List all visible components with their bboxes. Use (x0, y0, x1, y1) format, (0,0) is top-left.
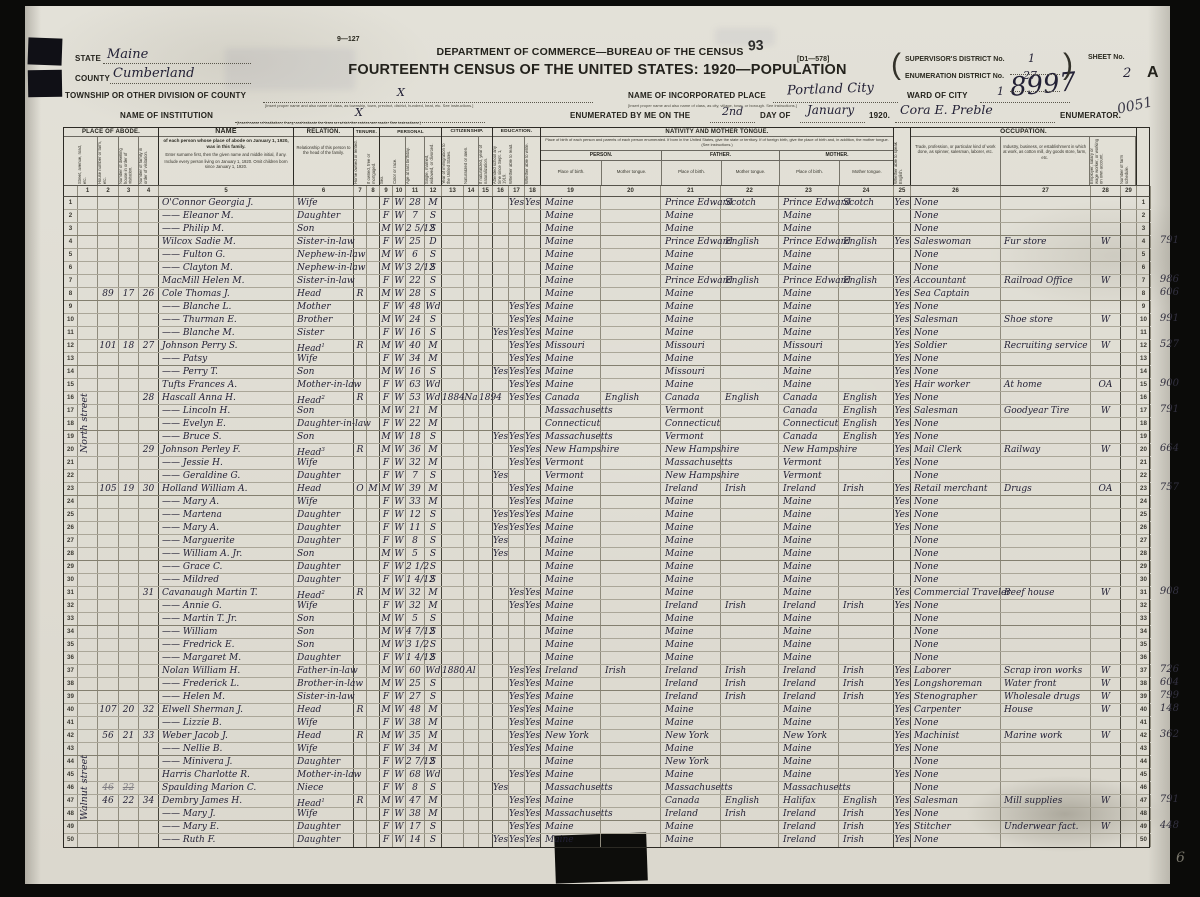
cell-c15 (479, 808, 493, 820)
cell-age: 32 (406, 587, 425, 599)
cell-o27: Wholesale drugs (1001, 691, 1091, 703)
cell-street (78, 639, 98, 651)
cell-t8 (367, 808, 380, 820)
cell-t8 (367, 444, 380, 456)
cell-c13 (442, 431, 464, 443)
cell-o26: None (911, 418, 1001, 430)
table-row: 5—— Fulton G.Nephew-in-lawMW6SMaineMaine… (64, 249, 1149, 262)
cell-rel: Daughter (294, 821, 354, 833)
cell-e17: Yes (509, 327, 525, 339)
cell-e17: Yes (509, 821, 525, 833)
cell-house (98, 457, 119, 469)
cell-age: 53 (406, 392, 425, 404)
cell-o26: Carpenter (911, 704, 1001, 716)
cell-o27 (1001, 613, 1091, 625)
table-row: 28—— William A. Jr.SonMW5SYesMaineMaineM… (64, 548, 1149, 561)
cell-ms: S (425, 821, 442, 833)
cell-p21: Ireland (661, 665, 721, 677)
cell-dw (119, 470, 139, 482)
cell-ms: M (425, 743, 442, 755)
cell-f29 (1121, 587, 1137, 599)
cell-dw (119, 600, 139, 612)
cell-age: 3 1/2 (406, 639, 425, 651)
cell-c13 (442, 249, 464, 261)
cell-ms: M (425, 704, 442, 716)
cell-dw (119, 665, 139, 677)
margin-number: 791 (1160, 235, 1179, 246)
cell-p20 (601, 366, 661, 378)
cell-o27 (1001, 782, 1091, 794)
cell-street (78, 483, 98, 495)
cell-cr: W (393, 483, 406, 495)
cell-o28 (1091, 522, 1121, 534)
cell-street (78, 678, 98, 690)
cell-o26: None (911, 561, 1001, 573)
cell-p21: Missouri (661, 366, 721, 378)
table-row: 6—— Clayton M.Nephew-in-lawMW3 2/12SMain… (64, 262, 1149, 275)
cell-name: —— Geraldine G. (159, 470, 294, 482)
cell-o28 (1091, 210, 1121, 222)
cell-p23: Maine (779, 379, 839, 391)
cell-p24: English (839, 795, 894, 807)
table-row: 121011827Johnson Perry S.Head1RMW40MYesY… (64, 340, 1149, 353)
table-row: 49—— Mary E.DaughterFW17SYesYesMaineMain… (64, 821, 1149, 834)
cell-p23: Maine (779, 301, 839, 313)
cell-cr: W (393, 418, 406, 430)
group-title: NAME (159, 128, 293, 137)
cell-o27 (1001, 522, 1091, 534)
cell-t8 (367, 652, 380, 664)
cell-age: 68 (406, 769, 425, 781)
cell-c13 (442, 626, 464, 638)
cell-e17: Yes (509, 340, 525, 352)
cell-age: 25 (406, 678, 425, 690)
cell-t8 (367, 535, 380, 547)
cell-dw (119, 249, 139, 261)
cell-o28: W (1091, 678, 1121, 690)
cell-dw (119, 236, 139, 248)
cell-c13 (442, 717, 464, 729)
cell-rel: Head2 (294, 587, 354, 599)
cell-o26: None (911, 353, 1001, 365)
cell-p19: Maine (541, 262, 601, 274)
cell-sx: M (380, 483, 393, 495)
cell-p23: Canada (779, 431, 839, 443)
cell-p24: English (839, 418, 894, 430)
cell-t7 (354, 366, 367, 378)
cell-nr: 26 (1137, 522, 1151, 534)
cell-p19: Maine (541, 600, 601, 612)
cell-p19: Maine (541, 652, 601, 664)
cell-e25: Yes (894, 743, 911, 755)
cell-nr: 38 (1137, 678, 1151, 690)
cell-o26: None (911, 808, 1001, 820)
cell-sx: F (380, 782, 393, 794)
enumerator-rule (895, 112, 1055, 123)
cell-n: 48 (64, 808, 78, 820)
cell-c13 (442, 496, 464, 508)
cell-t7 (354, 717, 367, 729)
cell-p24 (839, 366, 894, 378)
ward-label: WARD OF CITY (907, 91, 968, 100)
cell-rel: Niece (294, 782, 354, 794)
cell-age: 21 (406, 405, 425, 417)
cell-p21: Maine (661, 743, 721, 755)
cell-c13 (442, 223, 464, 235)
cell-o26: Commercial Traveler (911, 587, 1001, 599)
cell-f29 (1121, 236, 1137, 248)
cell-p19: Massachusetts (541, 808, 601, 820)
cell-p23: Maine (779, 249, 839, 261)
cell-nr: 19 (1137, 431, 1151, 443)
cell-age: 28 (406, 197, 425, 209)
cell-t7 (354, 756, 367, 768)
cell-ms: M (425, 457, 442, 469)
cell-f29 (1121, 483, 1137, 495)
cell-name: —— Grace C. (159, 561, 294, 573)
cell-f29 (1121, 548, 1137, 560)
cell-o28 (1091, 834, 1121, 847)
cell-street (78, 535, 98, 547)
cell-o26: None (911, 756, 1001, 768)
cell-cr: W (393, 600, 406, 612)
cell-name: —— William A. Jr. (159, 548, 294, 560)
cell-nr: 9 (1137, 301, 1151, 313)
cell-f29 (1121, 535, 1137, 547)
cell-p24 (839, 249, 894, 261)
cell-nr: 7 (1137, 275, 1151, 287)
year-label: 1920. (869, 111, 890, 120)
cell-sx: F (380, 600, 393, 612)
cell-p22 (721, 704, 779, 716)
cell-o27 (1001, 366, 1091, 378)
cell-house (98, 717, 119, 729)
cell-t8 (367, 561, 380, 573)
cell-p23: Maine (779, 626, 839, 638)
cell-nr: 8 (1137, 288, 1151, 300)
cell-t8 (367, 613, 380, 625)
cell-n: 23 (64, 483, 78, 495)
father-title: FATHER. (661, 151, 779, 160)
cell-rel: Head (294, 483, 354, 495)
cell-t8 (367, 691, 380, 703)
cell-e25: Yes (894, 600, 911, 612)
cell-c14 (464, 730, 479, 742)
cell-cr: W (393, 236, 406, 248)
cell-p22 (721, 353, 779, 365)
cell-nr: 13 (1137, 353, 1151, 365)
cell-c14 (464, 249, 479, 261)
cell-fam (139, 236, 159, 248)
cell-dw (119, 210, 139, 222)
cell-c15 (479, 327, 493, 339)
cell-c15 (479, 249, 493, 261)
cell-f29 (1121, 834, 1137, 847)
cell-p23: Canada (779, 392, 839, 404)
cell-p22 (721, 613, 779, 625)
cell-nr: 22 (1137, 470, 1151, 482)
cell-fam (139, 301, 159, 313)
cell-p23: Ireland (779, 834, 839, 847)
cell-e25: Yes (894, 587, 911, 599)
cell-dw (119, 613, 139, 625)
cell-ms: M (425, 353, 442, 365)
cell-name: —— Jessie H. (159, 457, 294, 469)
cell-c14 (464, 691, 479, 703)
cell-p24 (839, 613, 894, 625)
cell-c15 (479, 743, 493, 755)
cell-p20 (601, 652, 661, 664)
cell-n: 27 (64, 535, 78, 547)
cell-cr: W (393, 444, 406, 456)
cell-e16 (493, 769, 509, 781)
cell-p23: Maine (779, 366, 839, 378)
cell-p23: Maine (779, 548, 839, 560)
cell-f29 (1121, 743, 1137, 755)
cell-e16: Yes (493, 431, 509, 443)
col10-label: Color or race. (393, 137, 406, 185)
cell-p24 (839, 743, 894, 755)
cell-ms: M (425, 795, 442, 807)
col28-label: Employer, salary or wage worker, or work… (1090, 137, 1120, 185)
cell-e25 (894, 535, 911, 547)
cell-e17: Yes (509, 444, 525, 456)
margin-number: 908 (1160, 586, 1179, 597)
cell-c14 (464, 834, 479, 847)
table-row: 35—— Fredrick E.SonMW3 1/2SMaineMaineMai… (64, 639, 1149, 652)
cell-t7 (354, 665, 367, 677)
cell-e25 (894, 223, 911, 235)
cell-fam (139, 418, 159, 430)
cell-c14 (464, 405, 479, 417)
cell-t7 (354, 509, 367, 521)
cell-e16 (493, 418, 509, 430)
cell-c14 (464, 717, 479, 729)
cell-e18 (525, 782, 541, 794)
cell-name: Cole Thomas J. (159, 288, 294, 300)
cell-ms: M (425, 340, 442, 352)
cell-p22 (721, 782, 779, 794)
cell-p24 (839, 444, 894, 456)
cell-c15 (479, 431, 493, 443)
table-header-groups: PLACE OF ABODE. Street, avenue, road, et… (64, 128, 1149, 185)
cell-p24 (839, 574, 894, 586)
cell-house (98, 470, 119, 482)
cell-street (78, 561, 98, 573)
cell-age: 38 (406, 808, 425, 820)
cell-p22 (721, 418, 779, 430)
cell-n: 17 (64, 405, 78, 417)
cell-street (78, 314, 98, 326)
cell-house (98, 301, 119, 313)
cell-p20 (601, 223, 661, 235)
cell-c14 (464, 743, 479, 755)
cell-dw (119, 379, 139, 391)
cell-e25: Yes (894, 457, 911, 469)
cell-p20 (601, 379, 661, 391)
margin-number: 362 (1160, 729, 1179, 740)
cell-c13 (442, 743, 464, 755)
cell-ms: S (425, 535, 442, 547)
cell-c13 (442, 639, 464, 651)
cell-e17: Yes (509, 678, 525, 690)
cell-nr: 45 (1137, 769, 1151, 781)
cell-cr: W (393, 782, 406, 794)
cell-name: —— Fredrick E. (159, 639, 294, 651)
cell-c13 (442, 301, 464, 313)
cell-o26: None (911, 262, 1001, 274)
cell-e18 (525, 639, 541, 651)
cell-t7 (354, 691, 367, 703)
cell-name: Tufts Frances A. (159, 379, 294, 391)
cell-ms: M (425, 444, 442, 456)
cell-e17 (509, 210, 525, 222)
cell-c15 (479, 262, 493, 274)
table-row: 22—— Geraldine G.DaughterFW7SYesVermontN… (64, 470, 1149, 483)
cell-c14 (464, 236, 479, 248)
cell-nr: 41 (1137, 717, 1151, 729)
cell-e18 (525, 288, 541, 300)
cell-ms: S (425, 574, 442, 586)
cell-t7 (354, 561, 367, 573)
cell-e16 (493, 262, 509, 274)
cell-t8 (367, 496, 380, 508)
cell-p20 (601, 288, 661, 300)
cell-c13 (442, 548, 464, 560)
cell-e18: Yes (525, 587, 541, 599)
cell-p20 (601, 743, 661, 755)
cell-e25: Yes (894, 769, 911, 781)
day-of-label: DAY OF (760, 111, 791, 120)
cell-o27: Underwear fact. (1001, 821, 1091, 833)
cell-age: 35 (406, 730, 425, 742)
cell-street (78, 249, 98, 261)
cell-ms: M (425, 600, 442, 612)
group-citizenship: CITIZENSHIP. Year of immigration to the … (442, 128, 493, 185)
cell-f29 (1121, 769, 1137, 781)
cell-o26: None (911, 626, 1001, 638)
cell-f29 (1121, 678, 1137, 690)
enum-district-value: 27 (1023, 69, 1037, 82)
cell-age: 32 (406, 600, 425, 612)
cell-fam (139, 678, 159, 690)
cell-e16 (493, 353, 509, 365)
cell-rel: Daughter (294, 210, 354, 222)
cell-name: —— Perry T. (159, 366, 294, 378)
cell-e17 (509, 470, 525, 482)
cell-e17 (509, 535, 525, 547)
cell-rel: Brother (294, 314, 354, 326)
cell-c14 (464, 353, 479, 365)
cell-dw (119, 262, 139, 274)
cell-p21: Maine (661, 821, 721, 833)
cell-c15 (479, 665, 493, 677)
cell-age: 16 (406, 327, 425, 339)
cell-house: 46 (98, 782, 119, 794)
cell-o27 (1001, 535, 1091, 547)
cell-nr: 27 (1137, 535, 1151, 547)
cell-p23: Maine (779, 223, 839, 235)
cell-street (78, 262, 98, 274)
cell-name: Weber Jacob J. (159, 730, 294, 742)
department-title: DEPARTMENT OF COMMERCE—BUREAU OF THE CEN… (340, 46, 840, 58)
cell-f29 (1121, 379, 1137, 391)
mother-title: MOTHER. (779, 151, 894, 160)
table-row: 3—— Philip M.SonMW2 5/12SMaineMaineMaine… (64, 223, 1149, 236)
cell-o26: None (911, 210, 1001, 222)
sheet-letter: A (1147, 64, 1159, 82)
table-row: 231051930Holland William A.HeadOMMW39MYe… (64, 483, 1149, 496)
cell-n: 19 (64, 431, 78, 443)
cell-p22: Irish (721, 600, 779, 612)
cell-house (98, 639, 119, 651)
col15-label: If naturalized, year of naturalization. (479, 137, 492, 185)
cell-cr: W (393, 249, 406, 261)
cell-e16 (493, 678, 509, 690)
cell-sx: F (380, 470, 393, 482)
cell-fam (139, 756, 159, 768)
state-label: STATE (75, 54, 101, 63)
cell-e16 (493, 626, 509, 638)
cell-e16 (493, 587, 509, 599)
cell-p21: Maine (661, 717, 721, 729)
cell-p21: New York (661, 756, 721, 768)
cell-ms: M (425, 405, 442, 417)
cell-age: 1 4/12 (406, 574, 425, 586)
cell-e25: Yes (894, 678, 911, 690)
cell-c15 (479, 223, 493, 235)
cell-p19: Maine (541, 288, 601, 300)
cell-p24 (839, 652, 894, 664)
cell-p24 (839, 548, 894, 560)
cell-p20 (601, 769, 661, 781)
cell-ms: S (425, 626, 442, 638)
cell-e17 (509, 405, 525, 417)
cell-house (98, 587, 119, 599)
col29-label: Number of farm schedule. (1120, 137, 1136, 185)
col27-label: Industry, business, or establishment in … (1001, 137, 1091, 185)
table-row: 50—— Ruth F.DaughterFW14SYesYesYesMaineM… (64, 834, 1149, 847)
cell-e18: Yes (525, 600, 541, 612)
cell-e17: Yes (509, 795, 525, 807)
cell-n: 2 (64, 210, 78, 222)
cell-cr: W (393, 535, 406, 547)
cell-c14 (464, 418, 479, 430)
cell-n: 41 (64, 717, 78, 729)
supervisor-label: SUPERVISOR'S DISTRICT No. (905, 56, 1005, 63)
cell-t8 (367, 262, 380, 274)
cell-p22: English (721, 795, 779, 807)
cell-house (98, 223, 119, 235)
cell-e16: Yes (493, 522, 509, 534)
cell-p20 (601, 821, 661, 833)
cell-fam (139, 223, 159, 235)
cell-e18: Yes (525, 522, 541, 534)
cell-p19: Maine (541, 613, 601, 625)
cell-name: —— Helen M. (159, 691, 294, 703)
cell-p22 (721, 717, 779, 729)
cell-rel: Son (294, 613, 354, 625)
cell-e18 (525, 405, 541, 417)
cell-e18: Yes (525, 301, 541, 313)
cell-e18: Yes (525, 730, 541, 742)
cell-ms: Wd (425, 392, 442, 404)
cell-e16 (493, 457, 509, 469)
table-row: 30—— MildredDaughterFW1 4/12SMaineMaineM… (64, 574, 1149, 587)
cell-e25: Yes (894, 691, 911, 703)
cell-sx: F (380, 691, 393, 703)
cell-o28 (1091, 288, 1121, 300)
